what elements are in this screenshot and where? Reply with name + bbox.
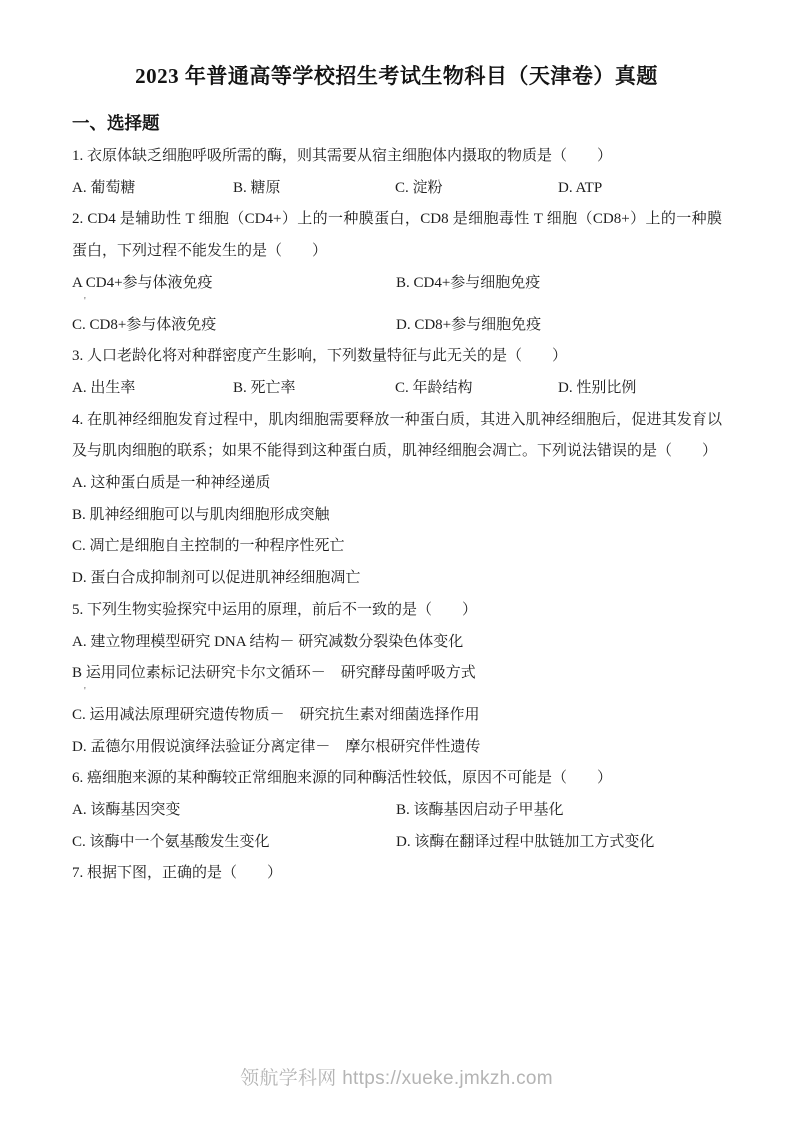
option-a: A CD4+参与体液免疫: [72, 268, 396, 300]
option-a: A. 建立物理模型研究 DNA 结构－ 研究减数分裂染色体变化: [72, 627, 722, 659]
question-5: 5. 下列生物实验探究中运用的原理，前后不一致的是（ ） A. 建立物理模型研究…: [72, 595, 722, 764]
question-1: 1. 衣原体缺乏细胞呼吸所需的酶，则其需要从宿主细胞体内摄取的物质是（ ） A.…: [72, 141, 722, 204]
option-a: A. 出生率: [72, 373, 233, 405]
option-d: D. ATP: [558, 173, 722, 205]
question-stem: 3. 人口老龄化将对种群密度产生影响，下列数量特征与此无关的是（ ）: [72, 341, 722, 373]
question-7: 7. 根据下图，正确的是（ ）: [72, 858, 722, 890]
document-title: 2023 年普通高等学校招生考试生物科目（天津卷）真题: [0, 0, 793, 94]
option-c: C. 运用减法原理研究遗传物质－ 研究抗生素对细菌选择作用: [72, 700, 722, 732]
option-c: C. 该酶中一个氨基酸发生变化: [72, 827, 396, 859]
question-2: 2. CD4 是辅助性 T 细胞（CD4+）上的一种膜蛋白，CD8 是细胞毒性 …: [72, 204, 722, 341]
option-row: C. 该酶中一个氨基酸发生变化 D. 该酶在翻译过程中肽链加工方式变化: [72, 827, 722, 859]
question-list: 1. 衣原体缺乏细胞呼吸所需的酶，则其需要从宿主细胞体内摄取的物质是（ ） A.…: [72, 141, 722, 890]
question-stem: 6. 癌细胞来源的某种酶较正常细胞来源的同种酶活性较低，原因不可能是（ ）: [72, 763, 722, 795]
question-stem: 5. 下列生物实验探究中运用的原理，前后不一致的是（ ）: [72, 595, 722, 627]
option-c: C. 淀粉: [395, 173, 558, 205]
option-b: B. 糖原: [233, 173, 395, 205]
question-6: 6. 癌细胞来源的某种酶较正常细胞来源的同种酶活性较低，原因不可能是（ ） A.…: [72, 763, 722, 858]
option-c: C. 凋亡是细胞自主控制的一种程序性死亡: [72, 531, 722, 563]
option-b: B. 死亡率: [233, 373, 395, 405]
question-4: 4. 在肌神经细胞发育过程中，肌肉细胞需要释放一种蛋白质，其进入肌神经细胞后，促…: [72, 405, 722, 595]
option-b: B 运用同位素标记法研究卡尔文循环－ 研究酵母菌呼吸方式: [72, 658, 722, 690]
question-stem: 1. 衣原体缺乏细胞呼吸所需的酶，则其需要从宿主细胞体内摄取的物质是（ ）: [72, 141, 722, 173]
option-d: D. 孟德尔用假说演绎法验证分离定律－ 摩尔根研究伴性遗传: [72, 732, 722, 764]
option-row: A. 出生率 B. 死亡率 C. 年龄结构 D. 性别比例: [72, 373, 722, 405]
exam-document-page: 2023 年普通高等学校招生考试生物科目（天津卷）真题 一、选择题 1. 衣原体…: [0, 0, 793, 1122]
section-heading: 一、选择题: [72, 111, 793, 135]
option-a: A. 该酶基因突变: [72, 795, 396, 827]
option-row: A CD4+参与体液免疫 B. CD4+参与细胞免疫: [72, 268, 722, 300]
option-c: C. CD8+参与体液免疫: [72, 310, 396, 342]
option-a: A. 这种蛋白质是一种神经递质: [72, 468, 722, 500]
option-row: A. 该酶基因突变 B. 该酶基因启动子甲基化: [72, 795, 722, 827]
scan-artifact-mark: ': [72, 300, 722, 310]
scan-artifact-mark: ': [72, 690, 722, 700]
option-d: D. 性别比例: [558, 373, 722, 405]
option-d: D. 该酶在翻译过程中肽链加工方式变化: [396, 827, 722, 859]
option-b: B. CD4+参与细胞免疫: [396, 268, 722, 300]
option-c: C. 年龄结构: [395, 373, 558, 405]
option-a: A. 葡萄糖: [72, 173, 233, 205]
option-b: B. 肌神经细胞可以与肌肉细胞形成突触: [72, 500, 722, 532]
watermark-footer: 领航学科网 https://xueke.jmkzh.com: [0, 1063, 793, 1090]
question-stem: 2. CD4 是辅助性 T 细胞（CD4+）上的一种膜蛋白，CD8 是细胞毒性 …: [72, 204, 722, 267]
option-b: B. 该酶基因启动子甲基化: [396, 795, 722, 827]
option-row: A. 葡萄糖 B. 糖原 C. 淀粉 D. ATP: [72, 173, 722, 205]
option-row: C. CD8+参与体液免疫 D. CD8+参与细胞免疫: [72, 310, 722, 342]
option-d: D. CD8+参与细胞免疫: [396, 310, 722, 342]
question-stem: 4. 在肌神经细胞发育过程中，肌肉细胞需要释放一种蛋白质，其进入肌神经细胞后，促…: [72, 405, 722, 468]
question-3: 3. 人口老龄化将对种群密度产生影响，下列数量特征与此无关的是（ ） A. 出生…: [72, 341, 722, 404]
option-d: D. 蛋白合成抑制剂可以促进肌神经细胞凋亡: [72, 563, 722, 595]
question-stem: 7. 根据下图，正确的是（ ）: [72, 858, 722, 890]
